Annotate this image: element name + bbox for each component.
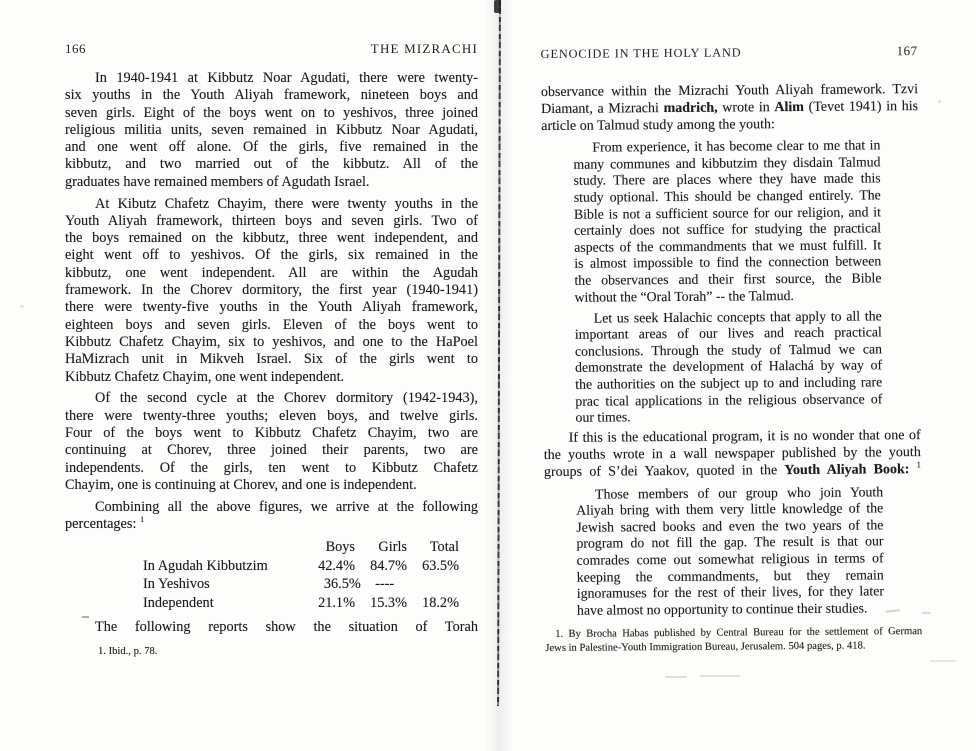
footnote: 1. By Brocha Habas published by Central … xyxy=(545,625,922,655)
text-line: continuing at Chorev, three joined their… xyxy=(65,442,478,459)
text-line: 1. Ibid., p. 78. xyxy=(98,645,478,659)
scan-artifact xyxy=(930,660,956,662)
text-line: framework. In the Chorev dormitory, the … xyxy=(65,282,478,299)
text-line: Four of the boys went to Kibbutz Chafetz… xyxy=(65,425,478,442)
value-cell: 18.2% xyxy=(415,594,459,613)
text-line: study optional. This should be changed e… xyxy=(574,187,881,206)
text-line: the boys remained on the kibbutz, three … xyxy=(65,230,478,247)
column-header: Boys xyxy=(311,538,355,557)
text-line: without the “Oral Torah” -- the Talmud. xyxy=(575,287,882,306)
paragraph: If this is the educational program, it i… xyxy=(544,428,921,482)
scan-artifact xyxy=(938,100,941,103)
running-header: GENOCIDE IN THE HOLY LAND 167 xyxy=(541,43,918,62)
text-line: religious militia units, seven remained … xyxy=(65,122,478,139)
text-line: prac tical applications in the religious… xyxy=(575,391,882,410)
text-line: six youths in the Youth Aliyah framework… xyxy=(65,87,478,104)
value-cell: 84.7% xyxy=(363,557,407,576)
text-line: Jews in Palestine-Youth Immigration Bure… xyxy=(545,639,922,656)
right-page: GENOCIDE IN THE HOLY LAND 167 observance… xyxy=(541,43,923,660)
text-line: Of the second cycle at the Chorev dormit… xyxy=(65,390,478,407)
row-label: In Agudah Kibbutzim xyxy=(143,557,303,576)
table-header-row: BoysGirlsTotal xyxy=(143,538,478,557)
page-number: 167 xyxy=(897,43,918,59)
running-title: THE MIZRACHI xyxy=(371,41,478,57)
footnote: 1. Ibid., p. 78. xyxy=(98,645,478,659)
text-line: Diamant, a Mizrachi madrich, wrote in Al… xyxy=(541,99,918,119)
text-line: Youth Aliyah framework, thirteen boys an… xyxy=(65,213,478,230)
text-line: percentages: 1 xyxy=(65,516,478,533)
text-line: HaMizrach unit in Mikveh Israel. Six of … xyxy=(65,351,478,368)
paragraph: The following reports show the situation… xyxy=(65,619,478,636)
scan-artifact xyxy=(922,612,931,615)
text-line: kibbutz, and two married out of the kibb… xyxy=(65,156,478,173)
text-line: the observances and their first source, … xyxy=(574,270,881,289)
paragraph: In 1940-1941 at Kibbutz Noar Agudati, th… xyxy=(65,70,478,191)
block-quote: Let us seek Halachic concepts that apply… xyxy=(575,308,883,427)
table-corner-cell xyxy=(143,538,303,557)
text-line: there were twenty-three youths; eleven b… xyxy=(65,408,478,425)
book-gutter-line xyxy=(497,0,501,706)
value-cell: 15.3% xyxy=(363,594,407,613)
text-line: graduates have remained members of Aguda… xyxy=(65,174,478,191)
text-line: eighteen boys and seven girls. Eleven of… xyxy=(65,317,478,334)
text-line: article on Talmud study among the youth: xyxy=(541,116,918,136)
page-number: 166 xyxy=(65,41,86,57)
paragraph: observance within the Mizrachi Youth Ali… xyxy=(541,82,918,136)
page-body: In 1940-1941 at Kibbutz Noar Agudati, th… xyxy=(65,70,478,659)
column-header: Total xyxy=(415,538,459,557)
row-label: In Yeshivos xyxy=(143,575,303,594)
text-line: Aliyah bring with them very little knowl… xyxy=(576,500,883,519)
text-line: certainly does not suffice for studying … xyxy=(574,221,881,240)
empty-cell xyxy=(415,575,459,594)
text-line: Kibbutz Chafetz Chayim, one went indepen… xyxy=(65,369,478,386)
text-line: the authorities on the subject up to and… xyxy=(575,374,882,393)
text-line: The following reports show the situation… xyxy=(65,619,478,636)
table-row: In Agudah Kibbutzim42.4%84.7%63.5% xyxy=(143,557,478,576)
scan-artifact xyxy=(700,675,740,677)
text-line: Chayim, one is continuing at Chorev, and… xyxy=(65,477,478,494)
text-line: groups of S’dei Yaakov, quoted in the Yo… xyxy=(544,462,921,482)
block-quote: Those members of our group who join Yout… xyxy=(576,484,884,619)
table-row: In Yeshivos36.5% ---- xyxy=(143,575,478,594)
merged-cell: 36.5% ---- xyxy=(311,575,407,594)
text-line: Combining all the above figures, we arri… xyxy=(65,499,478,516)
gutter-ink-blot xyxy=(494,0,501,13)
running-title: GENOCIDE IN THE HOLY LAND xyxy=(541,45,742,62)
text-line: our times. xyxy=(575,408,882,427)
scan-artifact xyxy=(665,676,687,678)
text-line: independents. Of the girls, ten went to … xyxy=(65,460,478,477)
row-label: Independent xyxy=(143,594,303,613)
page-body: observance within the Mizrachi Youth Ali… xyxy=(541,82,922,655)
text-line: At Kibutz Chafetz Chayim, there were twe… xyxy=(65,196,478,213)
text-line: have almost no opportunity to continue t… xyxy=(577,600,884,619)
scanned-book-spread: 166 THE MIZRACHI In 1940-1941 at Kibbutz… xyxy=(0,0,976,751)
text-line: and one went off alone. Of the girls, fi… xyxy=(65,139,478,156)
paragraph: Of the second cycle at the Chorev dormit… xyxy=(65,390,478,494)
text-line: In 1940-1941 at Kibbutz Noar Agudati, th… xyxy=(65,70,478,87)
text-line: Kibbutz Chafetz Chayim, six to yeshivos,… xyxy=(65,334,478,351)
value-cell: 21.1% xyxy=(311,594,355,613)
text-line: seven girls. Eight of the boys went on t… xyxy=(65,105,478,122)
value-cell: 63.5% xyxy=(415,557,459,576)
text-line: kibbutz, one went independent. All are w… xyxy=(65,265,478,282)
text-line: eight went off to yeshivos. Of the girls… xyxy=(65,247,478,264)
running-header: 166 THE MIZRACHI xyxy=(65,41,478,57)
table-row: Independent21.1%15.3%18.2% xyxy=(143,594,478,613)
left-page: 166 THE MIZRACHI In 1940-1941 at Kibbutz… xyxy=(65,41,478,663)
text-line: there were twenty-five youths in the You… xyxy=(65,299,478,316)
text-line: comrades come out somewhat religious in … xyxy=(577,550,884,569)
block-quote: From experience, it has become clear to … xyxy=(573,138,881,306)
percentage-table: BoysGirlsTotalIn Agudah Kibbutzim42.4%84… xyxy=(143,538,478,613)
column-header: Girls xyxy=(363,538,407,557)
value-cell: 42.4% xyxy=(311,557,355,576)
paragraph: Combining all the above figures, we arri… xyxy=(65,499,478,534)
text-line: ignoramuses for the rest of their lives,… xyxy=(577,583,884,602)
scan-artifact xyxy=(20,305,24,308)
paragraph: At Kibutz Chafetz Chayim, there were twe… xyxy=(65,196,478,386)
